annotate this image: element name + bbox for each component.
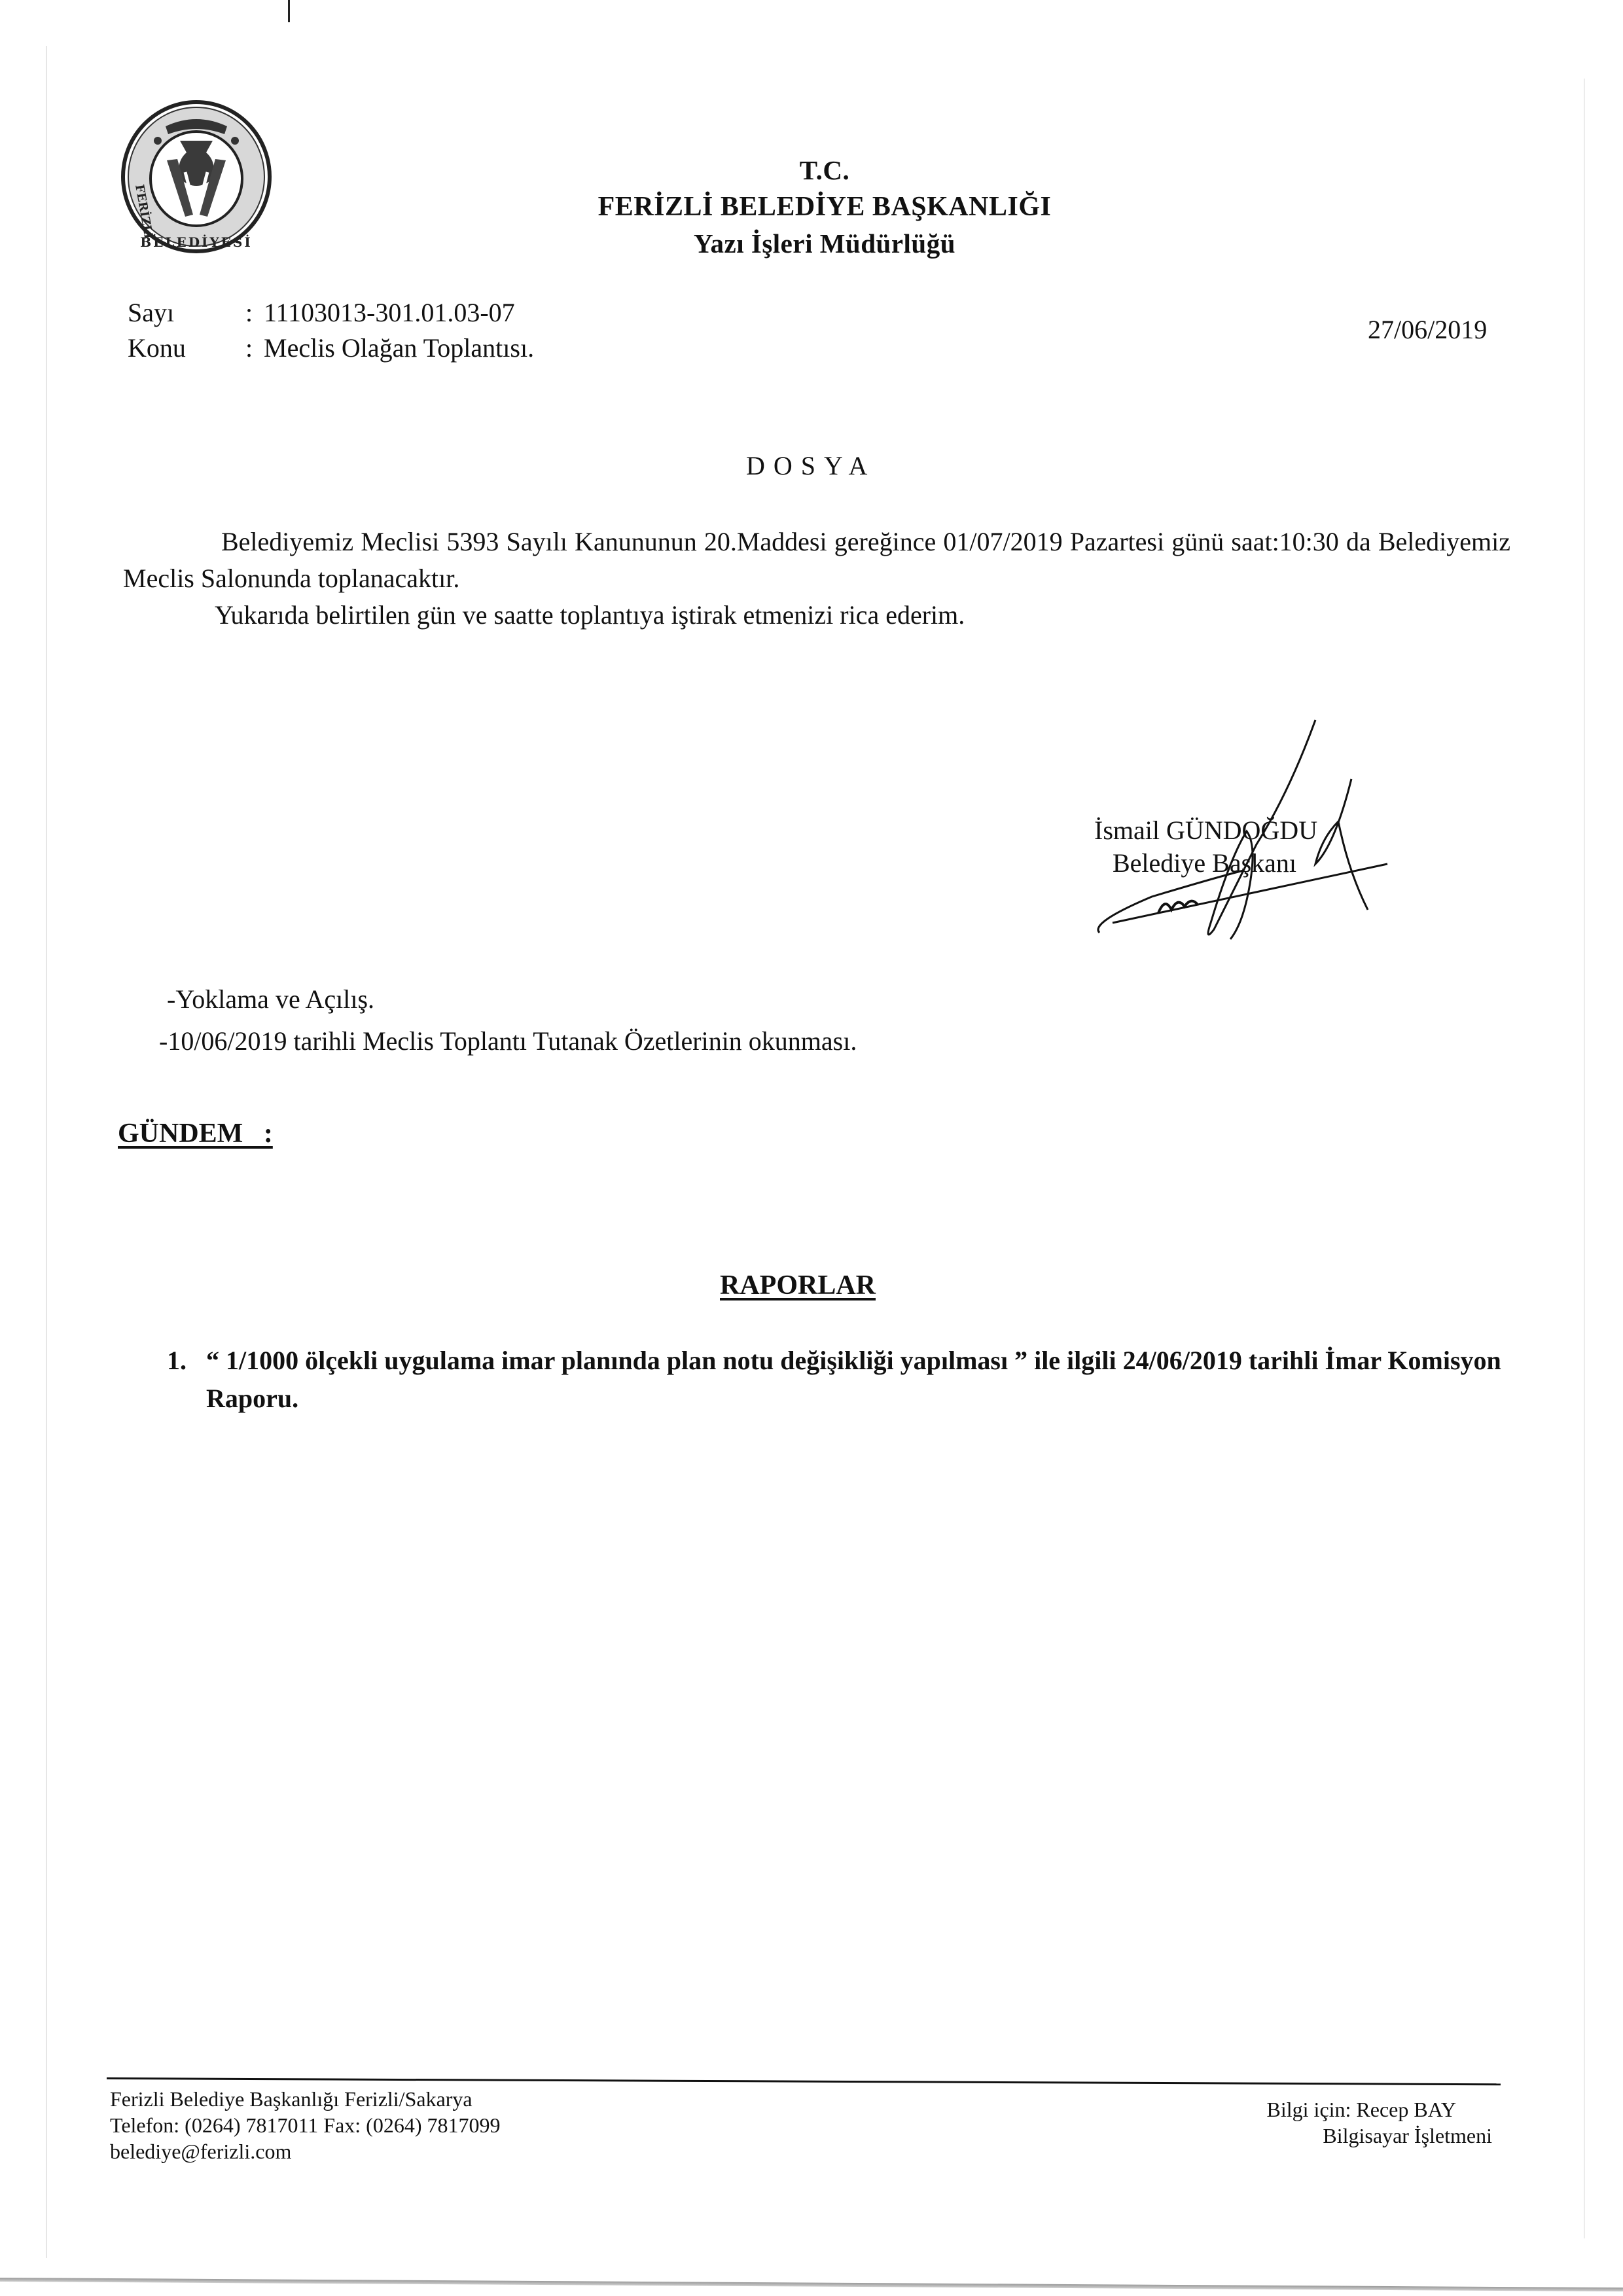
agenda-item-number: 1.	[167, 1342, 206, 1418]
footer-email: belediye@ferizli.com	[110, 2138, 500, 2164]
letterhead: T.C. FERİZLİ BELEDİYE BAŞKANLIĞI Yazı İş…	[563, 152, 1086, 262]
footer-info-contact: Bilgi için: Recep BAY	[1267, 2096, 1456, 2123]
footer-divider	[107, 2077, 1501, 2085]
footer-phone: Telefon: (0264) 7817011 Fax: (0264) 7817…	[110, 2112, 500, 2138]
preliminary-item: -Yoklama ve Açılış.	[167, 978, 857, 1020]
footer-address: Ferizli Belediye Başkanlığı Ferizli/Saka…	[110, 2086, 500, 2112]
document-meta: Sayı : 11103013-301.01.03-07 Konu : Mecl…	[128, 295, 534, 366]
svg-text:BELEDİYESİ: BELEDİYESİ	[140, 234, 252, 250]
agenda-item-text: “ 1/1000 ölçekli uygulama imar planında …	[206, 1342, 1515, 1418]
handwritten-signature-icon	[1073, 713, 1414, 949]
footer-info: Bilgi için: Recep BAY Bilgisayar İşletme…	[1267, 2096, 1492, 2149]
body-paragraph: Belediyemiz Meclisi 5393 Sayılı Kanununu…	[123, 524, 1510, 597]
agenda-heading: GÜNDEM :	[118, 1118, 273, 1149]
preliminary-item: -10/06/2019 tarihli Meclis Toplantı Tuta…	[159, 1020, 857, 1062]
sayi-label: Sayı	[128, 295, 245, 331]
footer-info-role: Bilgisayar İşletmeni	[1267, 2123, 1492, 2149]
scan-edge-left	[46, 46, 47, 2258]
body-paragraph: Yukarıda belirtilen gün ve saatte toplan…	[215, 597, 1524, 634]
municipality-seal-icon: BELEDİYESİ FERİZLİ	[120, 100, 273, 253]
colon: :	[245, 295, 264, 331]
scan-edge-mark	[288, 0, 290, 22]
preliminary-items: -Yoklama ve Açılış. -10/06/2019 tarihli …	[167, 978, 857, 1062]
letterhead-department: Yazı İşleri Müdürlüğü	[563, 225, 1086, 262]
konu-value: Meclis Olağan Toplantısı.	[264, 331, 534, 366]
agenda-item: 1. “ 1/1000 ölçekli uygulama imar planın…	[167, 1342, 1515, 1418]
footer-contact: Ferizli Belediye Başkanlığı Ferizli/Saka…	[110, 2086, 500, 2164]
scan-edge-right	[1584, 79, 1585, 2238]
konu-label: Konu	[128, 331, 245, 366]
agenda-section-title: RAPORLAR	[720, 1270, 876, 1301]
letterhead-institution: FERİZLİ BELEDİYE BAŞKANLIĞI	[563, 188, 1086, 225]
scan-edge-bottom	[0, 2278, 1623, 2291]
sayi-value: 11103013-301.01.03-07	[264, 295, 515, 331]
document-date: 27/06/2019	[1368, 314, 1487, 345]
letterhead-country: T.C.	[563, 152, 1086, 188]
document-title: DOSYA	[746, 450, 876, 481]
colon: :	[245, 331, 264, 366]
